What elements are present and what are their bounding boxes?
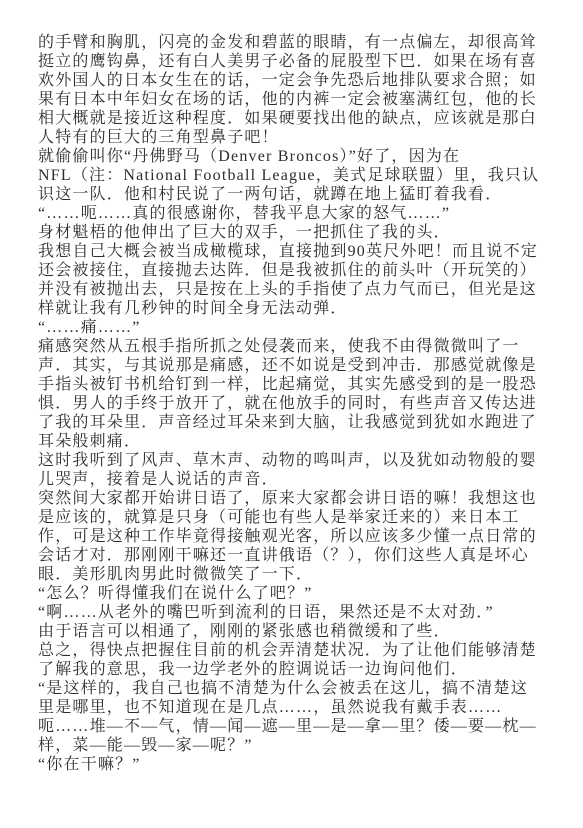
text-line: 由于语言可以相通了，刚刚的紧张感也稍微缓和了些． bbox=[38, 622, 553, 641]
text-line: 惧．男人的手终于放开了，就在他放手的同时，有些声音又传达进 bbox=[38, 394, 553, 413]
text-line: “啊……从老外的嘴巴听到流利的日语，果然还是不太对劲．” bbox=[38, 603, 553, 622]
text-line: 挺立的鹰钩鼻，还有白人美男子必备的屁股型下巴．如果在场有喜 bbox=[38, 52, 553, 71]
text-line: 样，菜—能—毁—家—呢？” bbox=[38, 736, 553, 755]
text-line: 突然间大家都开始讲日语了，原来大家都会讲日语的嘛！我想这也 bbox=[38, 489, 553, 508]
text-line: “……痛……” bbox=[38, 318, 553, 337]
text-line: “怎么？听得懂我们在说什么了吧？” bbox=[38, 584, 553, 603]
text-line: 了我的耳朵里．声音经过耳朵来到大脑，让我感觉到犹如水跑进了 bbox=[38, 413, 553, 432]
text-line: 是应该的，就算是只身（可能也有些人是举家迁来的）来日本工 bbox=[38, 508, 553, 527]
text-line: 了解我的意思，我一边学老外的腔调说话一边询问他们． bbox=[38, 660, 553, 679]
text-line: 眼．美形肌肉男此时微微笑了一下． bbox=[38, 565, 553, 584]
text-line: 欢外国人的日本女生在的话，一定会争先恐后地排队要求合照；如 bbox=[38, 71, 553, 90]
document-page: 的手臂和胸肌，闪亮的金发和碧蓝的眼睛，有一点偏左，却很高耸挺立的鹰钩鼻，还有白人… bbox=[0, 0, 583, 828]
text-line: 儿哭声，接着是人说话的声音． bbox=[38, 470, 553, 489]
text-line: 相大概就是接近这种程度．如果硬要找出他的缺点，应该就是那白 bbox=[38, 109, 553, 128]
text-line: 手指头被钉书机给钉到一样，比起痛觉，其实先感受到的是一股恐 bbox=[38, 375, 553, 394]
text-line: 总之，得快点把握住目前的机会弄清楚状况．为了让他们能够清楚 bbox=[38, 641, 553, 660]
text-line: 呃……堆—不—气，情—闻—遮—里—是—拿—里？倭—要—枕— bbox=[38, 717, 553, 736]
text-line: 身材魁梧的他伸出了巨大的双手，一把抓住了我的头． bbox=[38, 223, 553, 242]
text-line: 还会被接住，直接抛去达阵．但是我被抓住的前头叶（开玩笑的） bbox=[38, 261, 553, 280]
text-line: 识这一队．他和村民说了一两句话，就蹲在地上猛盯着我看． bbox=[38, 185, 553, 204]
text-line: 里是哪里，也不知道现在是几点……，虽然说我有戴手表…… bbox=[38, 698, 553, 717]
text-line: 痛感突然从五根手指所抓之处侵袭而来，使我不由得微微叫了一 bbox=[38, 337, 553, 356]
text-line: 作，可是这种工作毕竟得接触观光客，所以应该多少懂一点日常的 bbox=[38, 527, 553, 546]
text-line: 果有日本中年妇女在场的话，他的内裤一定会被塞满红包，他的长 bbox=[38, 90, 553, 109]
text-line: “你在干嘛？” bbox=[38, 755, 553, 774]
text-line: 我想自己大概会被当成橄榄球，直接抛到90英尺外吧！而且说不定 bbox=[38, 242, 553, 261]
text-line: 的手臂和胸肌，闪亮的金发和碧蓝的眼睛，有一点偏左，却很高耸 bbox=[38, 33, 553, 52]
text-line: 会话才对．那刚刚干嘛还一直讲俄语（？），你们这些人真是坏心 bbox=[38, 546, 553, 565]
text-line: 样就让我有几秒钟的时间全身无法动弹． bbox=[38, 299, 553, 318]
text-line: 耳朵般刺痛． bbox=[38, 432, 553, 451]
text-line: 人特有的巨大的三角型鼻子吧！ bbox=[38, 128, 553, 147]
text-line: NFL（注：National Football League，美式足球联盟）里，… bbox=[38, 166, 553, 185]
body-text: 的手臂和胸肌，闪亮的金发和碧蓝的眼睛，有一点偏左，却很高耸挺立的鹰钩鼻，还有白人… bbox=[38, 33, 553, 774]
text-line: 声．其实，与其说那是痛感，还不如说是受到冲击．那感觉就像是 bbox=[38, 356, 553, 375]
text-line: “是这样的，我自己也搞不清楚为什么会被丢在这儿，搞不清楚这 bbox=[38, 679, 553, 698]
text-line: 这时我听到了风声、草木声、动物的鸣叫声，以及犹如动物般的婴 bbox=[38, 451, 553, 470]
text-line: 并没有被抛出去，只是按在上头的手指使了点力气而已，但光是这 bbox=[38, 280, 553, 299]
text-line: 就偷偷叫你“丹佛野马（Denver Broncos）”好了，因为在 bbox=[38, 147, 553, 166]
text-line: “……呃……真的很感谢你，替我平息大家的怒气……” bbox=[38, 204, 553, 223]
